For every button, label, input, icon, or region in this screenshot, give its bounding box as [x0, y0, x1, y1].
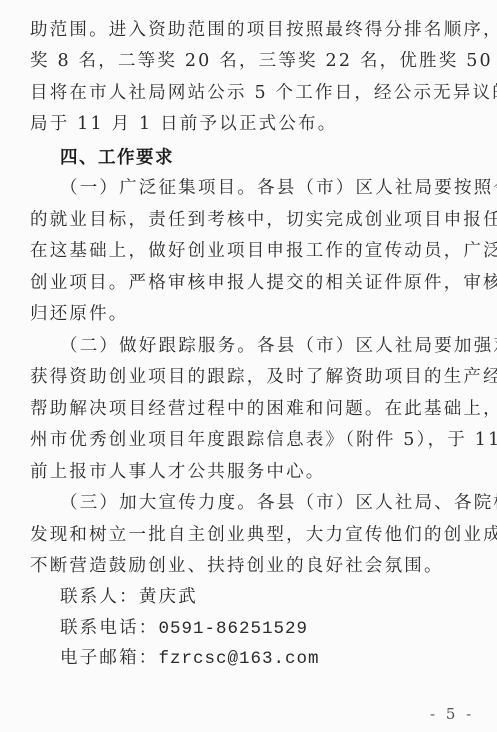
item2-line: 州市优秀创业项目年度跟踪信息表》（附件 5），于 11 月 15 日 — [30, 429, 470, 451]
item1-line: 的就业目标，责任到考核中，切实完成创业项目申报任务要求。 — [30, 209, 470, 231]
item1-line: （一）广泛征集项目。各县（市）区人社局要按照今年下达 — [60, 177, 497, 199]
contact-person-name: 黄庆武 — [139, 587, 198, 607]
contact-phone-label: 联系电话： — [60, 618, 159, 638]
document-page: 助范围。进入资助范围的项目按照最终得分排名顺序，产生一等 奖 8 名，二等奖 2… — [0, 0, 497, 732]
item3-line: （三）加大宣传力度。各县（市）区人社局、各院校要及时 — [60, 492, 497, 514]
item2-line: 帮助解决项目经营过程中的困难和问题。在此基础上，填写《福 — [30, 398, 470, 420]
contact-person: 联系人：黄庆武 — [60, 586, 497, 608]
page-number: - 5 - — [430, 705, 474, 723]
contact-phone-number: 0591-86251529 — [159, 619, 309, 639]
item3-line: 不断营造鼓励创业、扶持创业的良好社会氛围。 — [30, 555, 470, 577]
item2-line: 前上报市人事人才公共服务中心。 — [30, 461, 470, 483]
item3-line: 发现和树立一批自主创业典型，大力宣传他们的创业成功经验， — [30, 524, 470, 546]
item2-line: 获得资助创业项目的跟踪，及时了解资助项目的生产经营情况， — [30, 366, 470, 388]
item1-line: 归还原件。 — [30, 303, 470, 325]
paragraph-line: 助范围。进入资助范围的项目按照最终得分排名顺序，产生一等 — [30, 19, 470, 41]
section-heading: 四、工作要求 — [60, 147, 497, 169]
contact-email-address: fzrcsc@163.com — [159, 649, 320, 669]
paragraph-line: 奖 8 名，二等奖 20 名，三等奖 22 名，优胜奖 50 名。拟资助项 — [30, 50, 470, 72]
paragraph-line: 目将在市人社局网站公示 5 个工作日，经公示无异议的，市人社 — [30, 82, 470, 104]
contact-phone: 联系电话：0591-86251529 — [60, 617, 497, 640]
item2-line: （二）做好跟踪服务。各县（市）区人社局要加强对辖区内 — [60, 335, 497, 357]
paragraph-line: 局于 11 月 1 日前予以正式公布。 — [30, 113, 470, 135]
item1-line: 创业项目。严格审核申报人提交的相关证件原件，审核后须及时 — [30, 272, 470, 294]
contact-email: 电子邮箱：fzrcsc@163.com — [60, 647, 497, 670]
item1-line: 在这基础上，做好创业项目申报工作的宣传动员，广泛征集各类 — [30, 240, 470, 262]
contact-email-label: 电子邮箱： — [60, 648, 159, 668]
contact-person-label: 联系人： — [60, 587, 139, 607]
